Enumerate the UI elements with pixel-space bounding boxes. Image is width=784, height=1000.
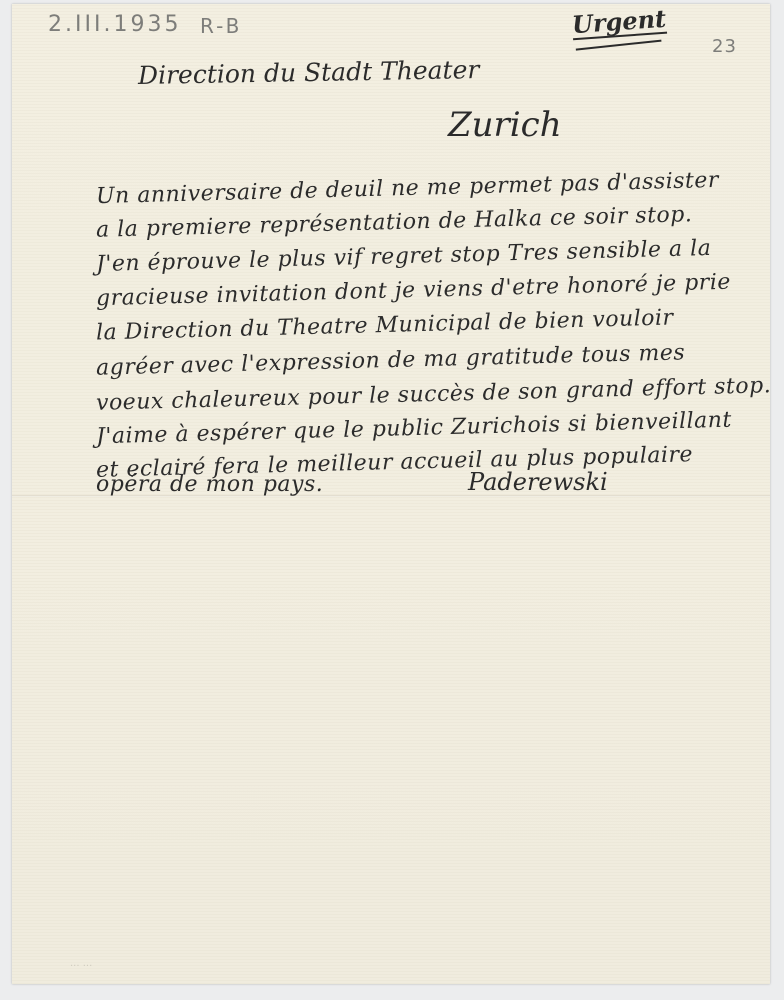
archival-date-note: 2.III.1935 (48, 12, 181, 37)
scanned-document: 2.III.1935 R-B 23 Urgent Direction du St… (0, 0, 784, 1000)
faint-bottom-mark: ... ... (70, 958, 92, 969)
archival-initials-note: R-B (200, 14, 242, 38)
addressee-line: Direction du Stadt Theater (138, 57, 480, 88)
body-line-10: opéra de mon pays. (96, 474, 323, 496)
urgent-marking: Urgent (571, 7, 667, 38)
addressee-city: Zurich (448, 108, 562, 142)
signature: Paderewski (468, 470, 608, 494)
page-number: 23 (712, 36, 737, 57)
